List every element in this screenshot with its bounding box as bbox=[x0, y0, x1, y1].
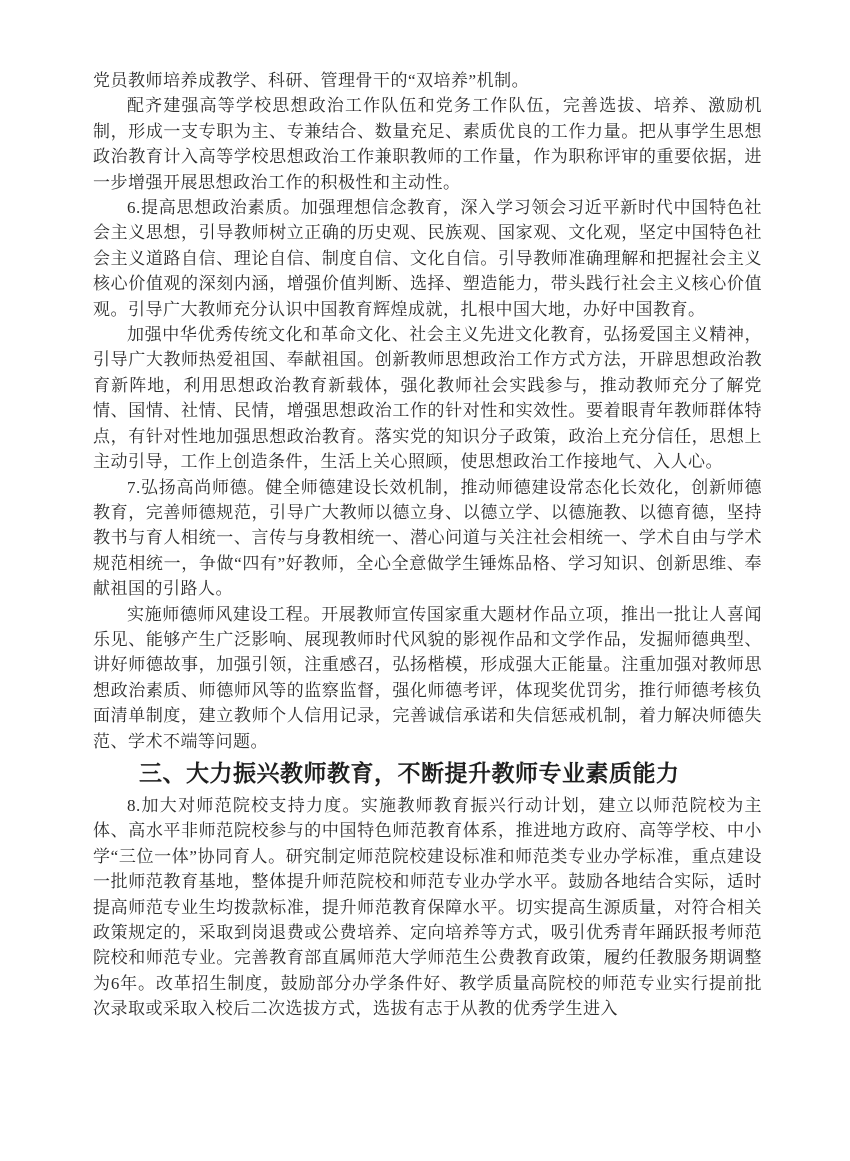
document-page: 党员教师培养成教学、科研、管理骨干的“双培养”机制。 配齐建强高等学校思想政治工… bbox=[0, 0, 850, 1161]
paragraph-traditional-culture: 加强中华优秀传统文化和革命文化、社会主义先进文化教育，弘扬爱国主义精神，引导广大… bbox=[93, 322, 762, 474]
document-body: 党员教师培养成教学、科研、管理骨干的“双培养”机制。 配齐建强高等学校思想政治工… bbox=[93, 68, 762, 1022]
paragraph-political-work-team: 配齐建强高等学校思想政治工作队伍和党务工作队伍，完善选拔、培养、激励机制，形成一… bbox=[93, 93, 762, 195]
paragraph-ethics-project: 实施师德师风建设工程。开展教师宣传国家重大题材作品立项，推出一批让人喜闻乐见、能… bbox=[93, 602, 762, 754]
paragraph-continuation: 党员教师培养成教学、科研、管理骨干的“双培养”机制。 bbox=[93, 68, 762, 93]
paragraph-6-political-quality: 6.提高思想政治素质。加强理想信念教育，深入学习领会习近平新时代中国特色社会主义… bbox=[93, 195, 762, 322]
paragraph-7-teacher-ethics: 7.弘扬高尚师德。健全师德建设长效机制，推动师德建设常态化长效化，创新师德教育，… bbox=[93, 475, 762, 602]
section-heading-three: 三、大力振兴教师教育，不断提升教师专业素质能力 bbox=[93, 758, 762, 788]
paragraph-8-normal-colleges: 8.加大对师范院校支持力度。实施教师教育振兴行动计划，建立以师范院校为主体、高水… bbox=[93, 793, 762, 1022]
